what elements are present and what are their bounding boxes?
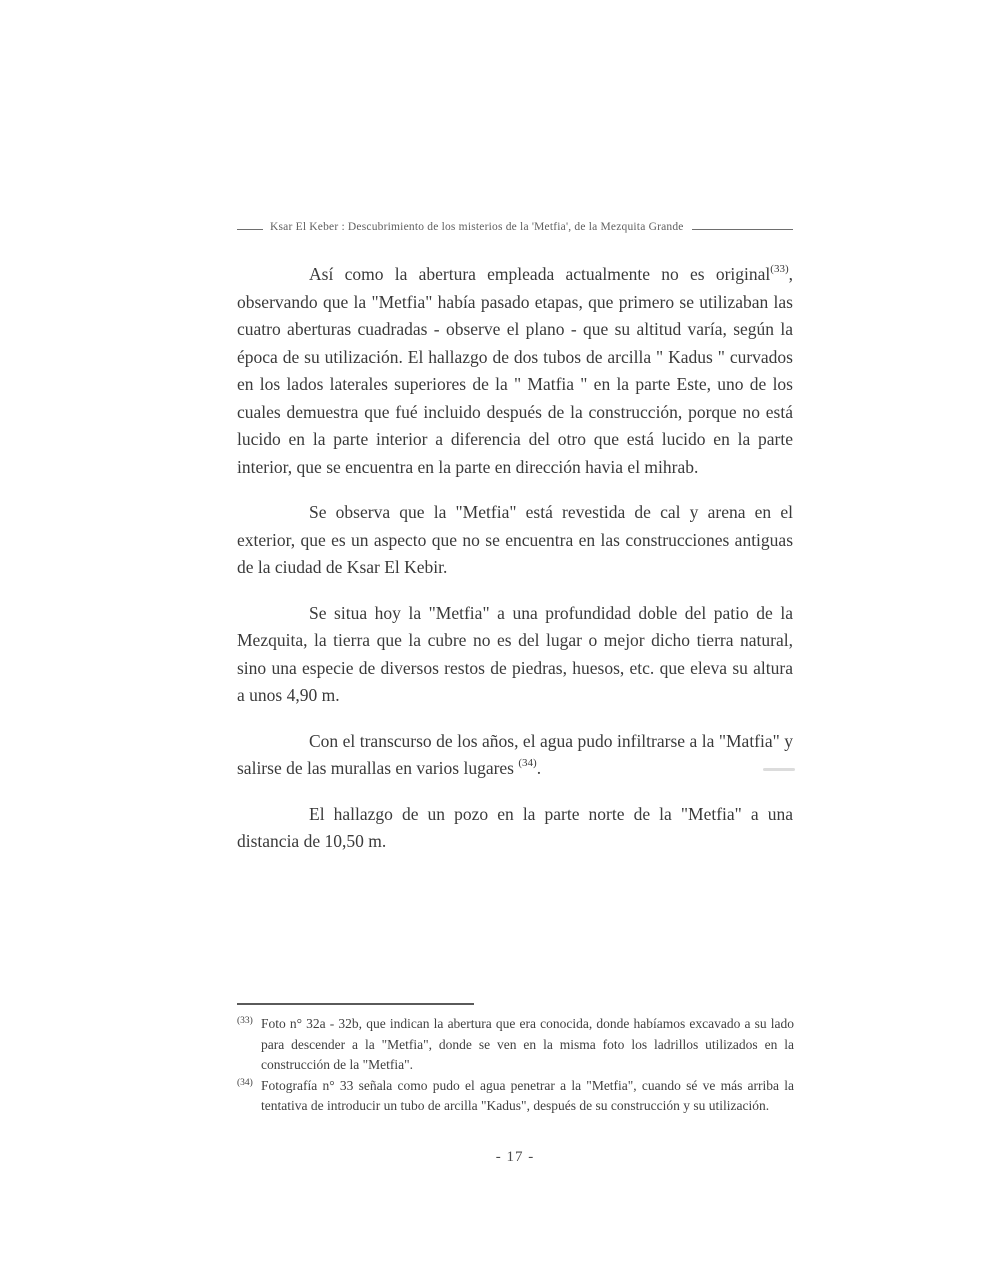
paragraph-1: Así como la abertura empleada actualment…: [237, 261, 793, 481]
paragraph-1-continued: , observando que la "Metfia" había pasad…: [237, 264, 793, 477]
footnote-33: (33) Foto n° 32a - 32b, que indican la a…: [237, 1014, 794, 1076]
paragraph-2-text: Se observa que la "Metfia" está revestid…: [237, 502, 793, 577]
footnote-separator-rule: [237, 1003, 474, 1005]
page-number: - 17 -: [237, 1149, 793, 1166]
header-right-rule: [692, 229, 793, 230]
header-title: Ksar El Keber : Descubrimiento de los mi…: [270, 221, 684, 233]
paragraph-2: Se observa que la "Metfia" está revestid…: [237, 499, 793, 582]
footnote-33-marker: (33): [237, 1011, 253, 1032]
paragraph-4-continued: .: [537, 758, 541, 778]
footnote-ref-33: (33): [770, 263, 788, 275]
document-page: Ksar El Keber : Descubrimiento de los mi…: [0, 0, 990, 1280]
page-header: Ksar El Keber : Descubrimiento de los mi…: [237, 221, 793, 233]
footnote-ref-34: (34): [518, 757, 536, 769]
footnote-34-marker: (34): [237, 1073, 253, 1094]
paragraph-5-text: El hallazgo de un pozo en la parte norte…: [237, 804, 793, 852]
paragraph-3-text: Se situa hoy la "Metfia" a una profundid…: [237, 603, 793, 706]
paragraph-3: Se situa hoy la "Metfia" a una profundid…: [237, 600, 793, 710]
body-text: Así como la abertura empleada actualment…: [237, 261, 793, 874]
paragraph-4: Con el transcurso de los años, el agua p…: [237, 728, 793, 783]
footnote-33-text: Foto n° 32a - 32b, que indican la abertu…: [261, 1016, 794, 1072]
footnote-34: (34) Fotografía n° 33 señala como pudo e…: [237, 1076, 794, 1117]
footnotes-section: (33) Foto n° 32a - 32b, que indican la a…: [237, 1003, 794, 1117]
header-left-rule: [237, 229, 263, 230]
paragraph-5: El hallazgo de un pozo en la parte norte…: [237, 801, 793, 856]
paragraph-1-text: Así como la abertura empleada actualment…: [309, 264, 770, 284]
footnote-34-text: Fotografía n° 33 señala como pudo el agu…: [261, 1078, 794, 1114]
scan-smudge: [763, 768, 795, 771]
paragraph-4-text: Con el transcurso de los años, el agua p…: [237, 731, 793, 779]
